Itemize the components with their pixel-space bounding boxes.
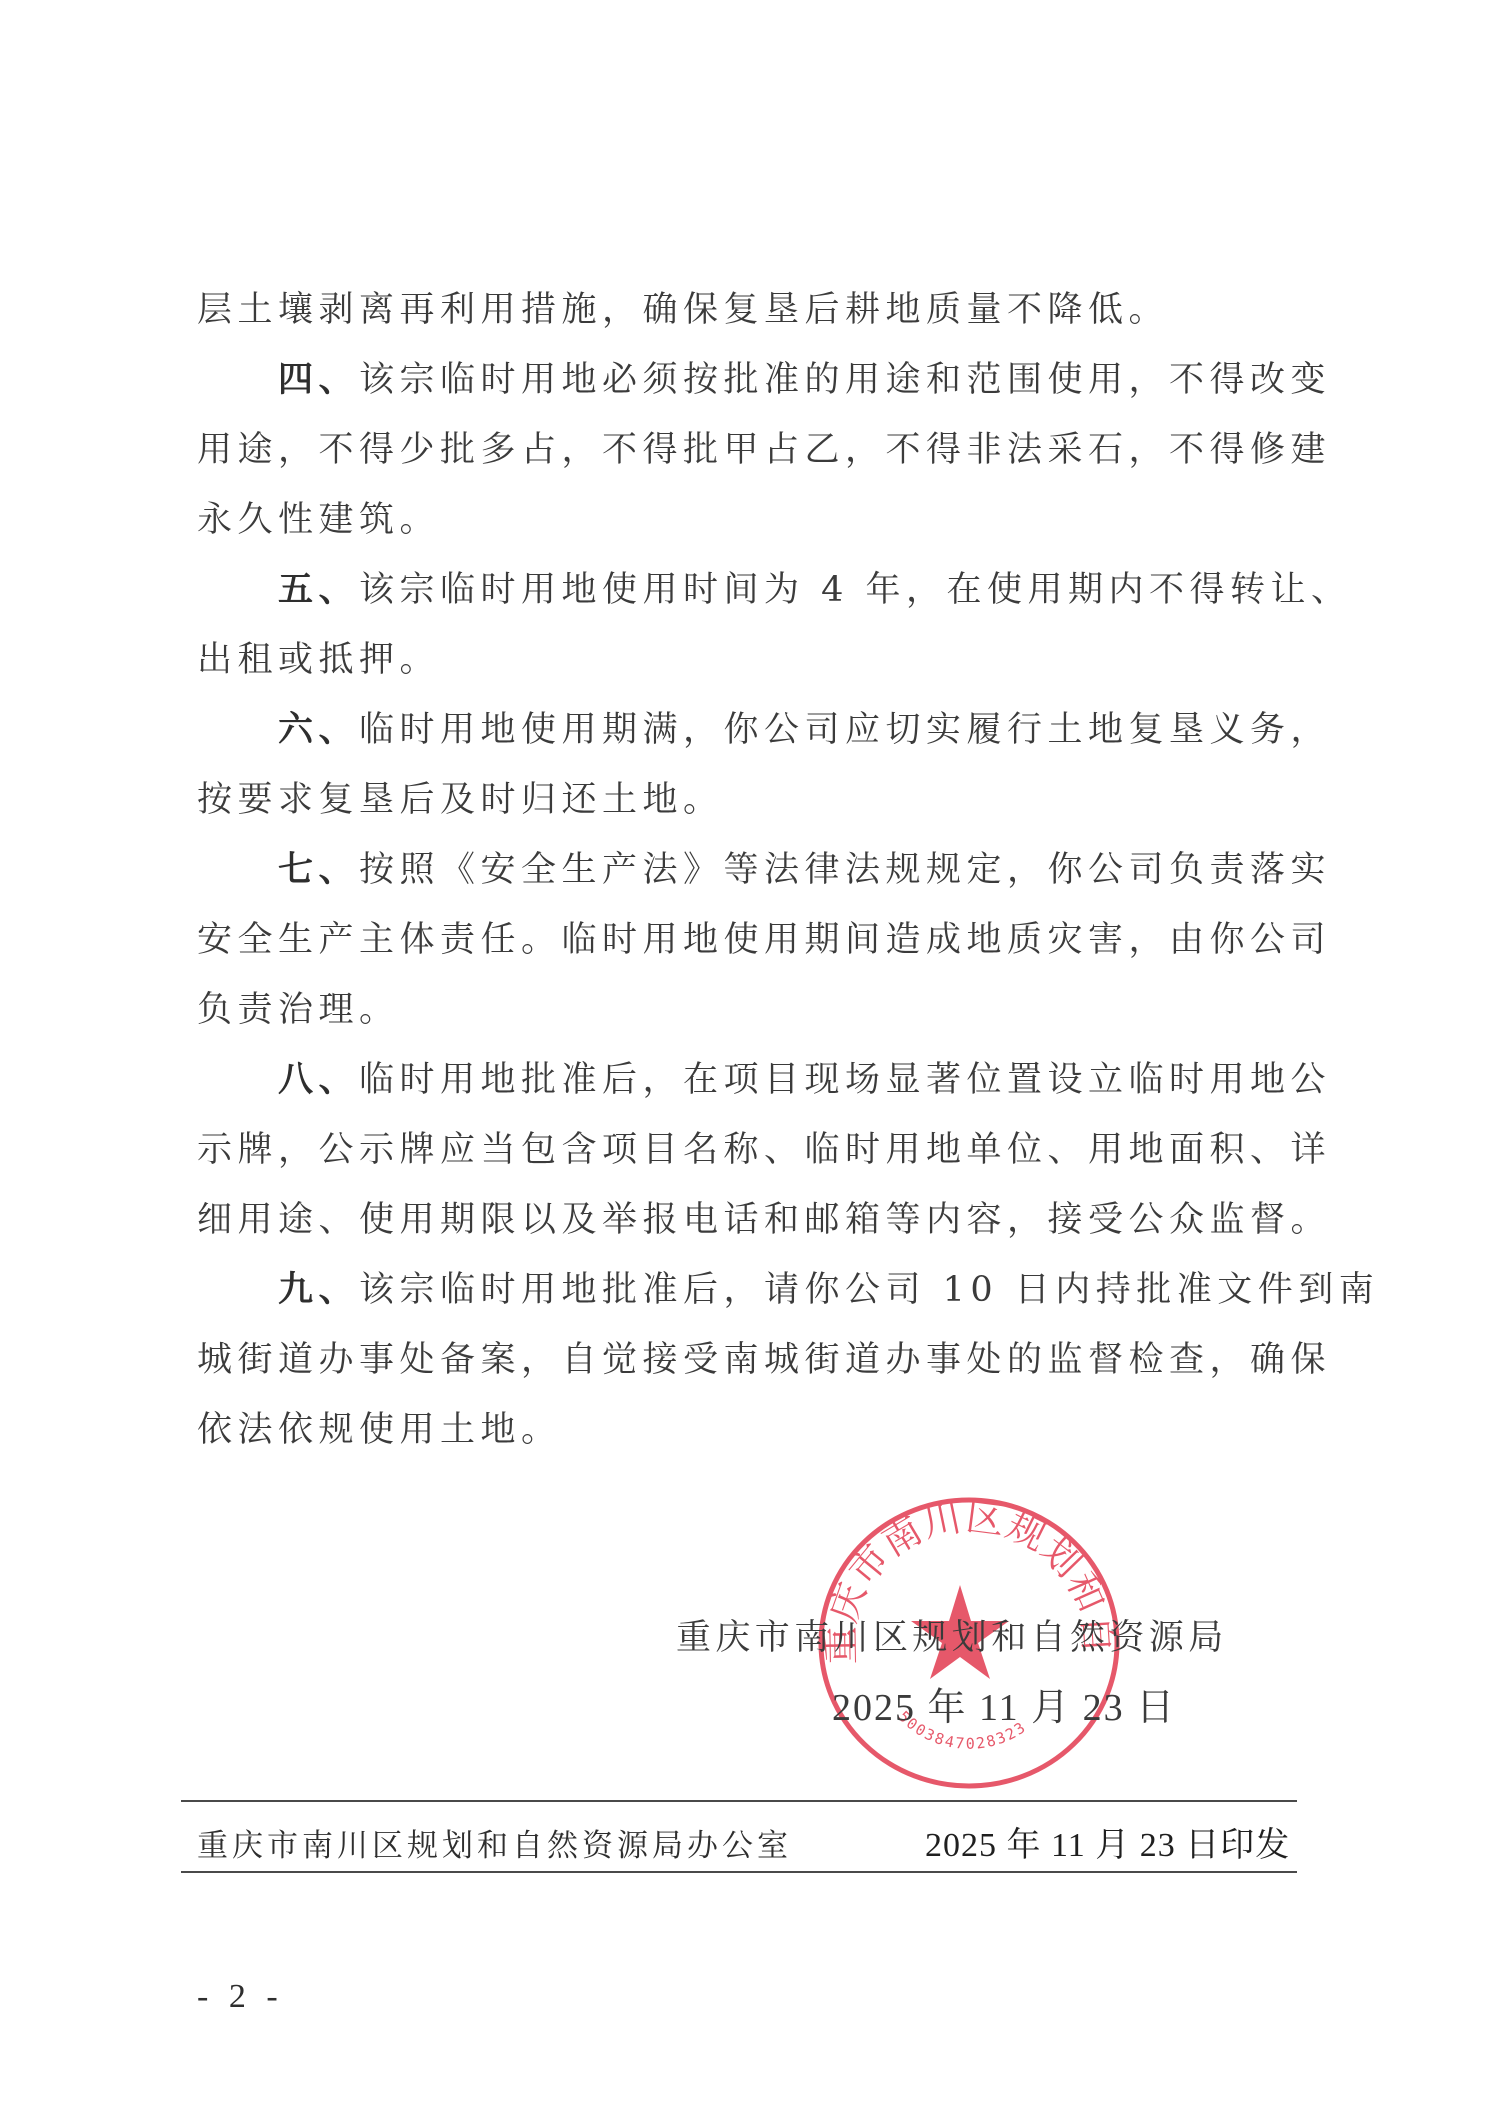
paragraph-line: 负责治理。: [197, 975, 1337, 1045]
page-number: - 2 -: [197, 1978, 284, 2016]
paragraph-line: 依法依规使用土地。: [197, 1395, 1337, 1465]
paragraph-line: 层土壤剥离再利用措施，确保复垦后耕地质量不降低。: [197, 275, 1337, 345]
paragraph-line: 七、按照《安全生产法》等法律法规规定，你公司负责落实: [197, 835, 1337, 905]
paragraph-line: 永久性建筑。: [197, 485, 1337, 555]
line-text: 城街道办事处备案，自觉接受南城街道办事处的监督检查，确保: [197, 1340, 1331, 1380]
line-text: 细用途、使用期限以及举报电话和邮箱等内容，接受公众监督。: [197, 1200, 1331, 1240]
paragraph-line: 九、该宗临时用地批准后，请你公司 10 日内持批准文件到南: [197, 1255, 1337, 1325]
line-text: 永久性建筑。: [197, 500, 440, 540]
clause-number: 四、: [278, 359, 359, 400]
line-text: 安全生产主体责任。临时用地使用期间造成地质灾害，由你公司: [197, 920, 1331, 960]
paragraph-line: 五、该宗临时用地使用时间为 4 年，在使用期内不得转让、: [197, 555, 1337, 625]
footer-print-date: 2025 年 11 月 23 日印发: [925, 1817, 1290, 1866]
clause-number: 六、: [278, 709, 359, 750]
line-text: 该宗临时用地批准后，请你公司 10 日内持批准文件到南: [359, 1270, 1379, 1310]
paragraph-line: 按要求复垦后及时归还土地。: [197, 765, 1337, 835]
paragraph-line: 八、临时用地批准后，在项目现场显著位置设立临时用地公: [197, 1045, 1337, 1115]
paragraph-line: 城街道办事处备案，自觉接受南城街道办事处的监督检查，确保: [197, 1325, 1337, 1395]
line-text: 该宗临时用地必须按批准的用途和范围使用，不得改变: [359, 360, 1331, 400]
line-text: 临时用地批准后，在项目现场显著位置设立临时用地公: [359, 1060, 1331, 1100]
line-text: 临时用地使用期满，你公司应切实履行土地复垦义务，: [359, 710, 1331, 750]
line-text: 该宗临时用地使用时间为 4 年，在使用期内不得转让、: [359, 570, 1352, 610]
body-text: 层土壤剥离再利用措施，确保复垦后耕地质量不降低。 四、该宗临时用地必须按批准的用…: [197, 275, 1337, 1465]
issuer-signature: 重庆市南川区规划和自然资源局: [676, 1610, 1228, 1660]
document-page: 层土壤剥离再利用措施，确保复垦后耕地质量不降低。 四、该宗临时用地必须按批准的用…: [0, 0, 1488, 2104]
paragraph-line: 安全生产主体责任。临时用地使用期间造成地质灾害，由你公司: [197, 905, 1337, 975]
paragraph-line: 四、该宗临时用地必须按批准的用途和范围使用，不得改变: [197, 345, 1337, 415]
paragraph-line: 出租或抵押。: [197, 625, 1337, 695]
footer-top-rule: [181, 1800, 1297, 1802]
line-text: 按照《安全生产法》等法律法规规定，你公司负责落实: [359, 850, 1331, 890]
line-text: 按要求复垦后及时归还土地。: [197, 780, 724, 820]
footer-issuing-office: 重庆市南川区规划和自然资源局办公室: [197, 1820, 792, 1865]
paragraph-line: 示牌，公示牌应当包含项目名称、临时用地单位、用地面积、详: [197, 1115, 1337, 1185]
clause-number: 九、: [278, 1269, 359, 1310]
line-text: 示牌，公示牌应当包含项目名称、临时用地单位、用地面积、详: [197, 1130, 1331, 1170]
clause-number: 五、: [278, 569, 359, 610]
line-text: 层土壤剥离再利用措施，确保复垦后耕地质量不降低。: [197, 290, 1169, 330]
line-text: 负责治理。: [197, 990, 400, 1030]
paragraph-line: 用途，不得少批多占，不得批甲占乙，不得非法采石，不得修建: [197, 415, 1337, 485]
footer-bottom-rule: [181, 1871, 1297, 1873]
paragraph-line: 细用途、使用期限以及举报电话和邮箱等内容，接受公众监督。: [197, 1185, 1337, 1255]
signature-date: 2025 年 11 月 23 日: [832, 1676, 1176, 1731]
line-text: 依法依规使用土地。: [197, 1410, 562, 1450]
line-text: 用途，不得少批多占，不得批甲占乙，不得非法采石，不得修建: [197, 430, 1331, 470]
paragraph-line: 六、临时用地使用期满，你公司应切实履行土地复垦义务，: [197, 695, 1337, 765]
line-text: 出租或抵押。: [197, 640, 440, 680]
clause-number: 七、: [278, 849, 359, 890]
clause-number: 八、: [278, 1059, 359, 1100]
